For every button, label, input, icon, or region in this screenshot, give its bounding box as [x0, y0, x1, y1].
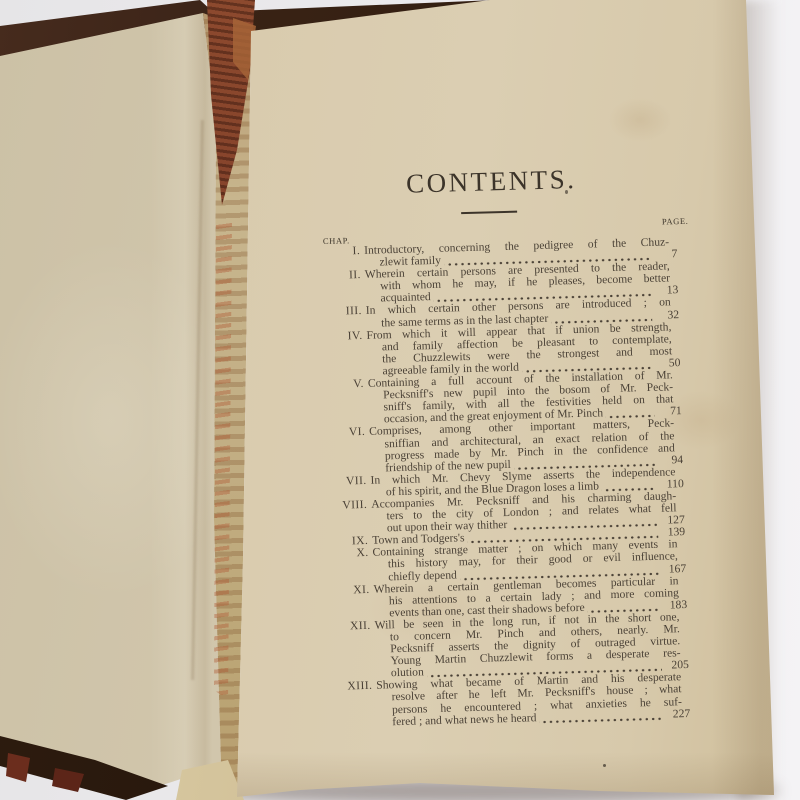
chapter-numeral: I.: [327, 245, 360, 258]
chapter-numeral: IV.: [329, 330, 362, 343]
toc-entry: XIII.Showing what became of Martin and h…: [339, 671, 702, 729]
chapter-numeral: VII.: [333, 475, 366, 488]
page-column-label: PAGE.: [662, 216, 689, 227]
chapter-numeral: II.: [328, 269, 361, 282]
ink-speck: [565, 190, 568, 194]
toc-entries: I.Introductory, concerning the pedigree …: [327, 236, 702, 730]
chapter-numeral: III.: [329, 305, 362, 318]
chapter-numeral: XIII.: [339, 680, 372, 693]
chapter-numeral: XI.: [336, 583, 369, 596]
book-photo: CONTENTS. CHAP. PAGE. I.Introductory, co…: [0, 0, 800, 800]
chapter-numeral: VI.: [332, 426, 365, 439]
title-rule: [461, 211, 517, 215]
chapter-numeral: VIII.: [334, 499, 367, 512]
ink-speck: [603, 764, 606, 767]
chapter-numeral: V.: [331, 378, 364, 391]
page-number: 227: [666, 708, 690, 721]
table-of-contents: CONTENTS. CHAP. PAGE. I.Introductory, co…: [325, 161, 702, 730]
chapter-numeral: XII.: [337, 620, 370, 633]
chapter-numeral: X.: [335, 547, 368, 560]
